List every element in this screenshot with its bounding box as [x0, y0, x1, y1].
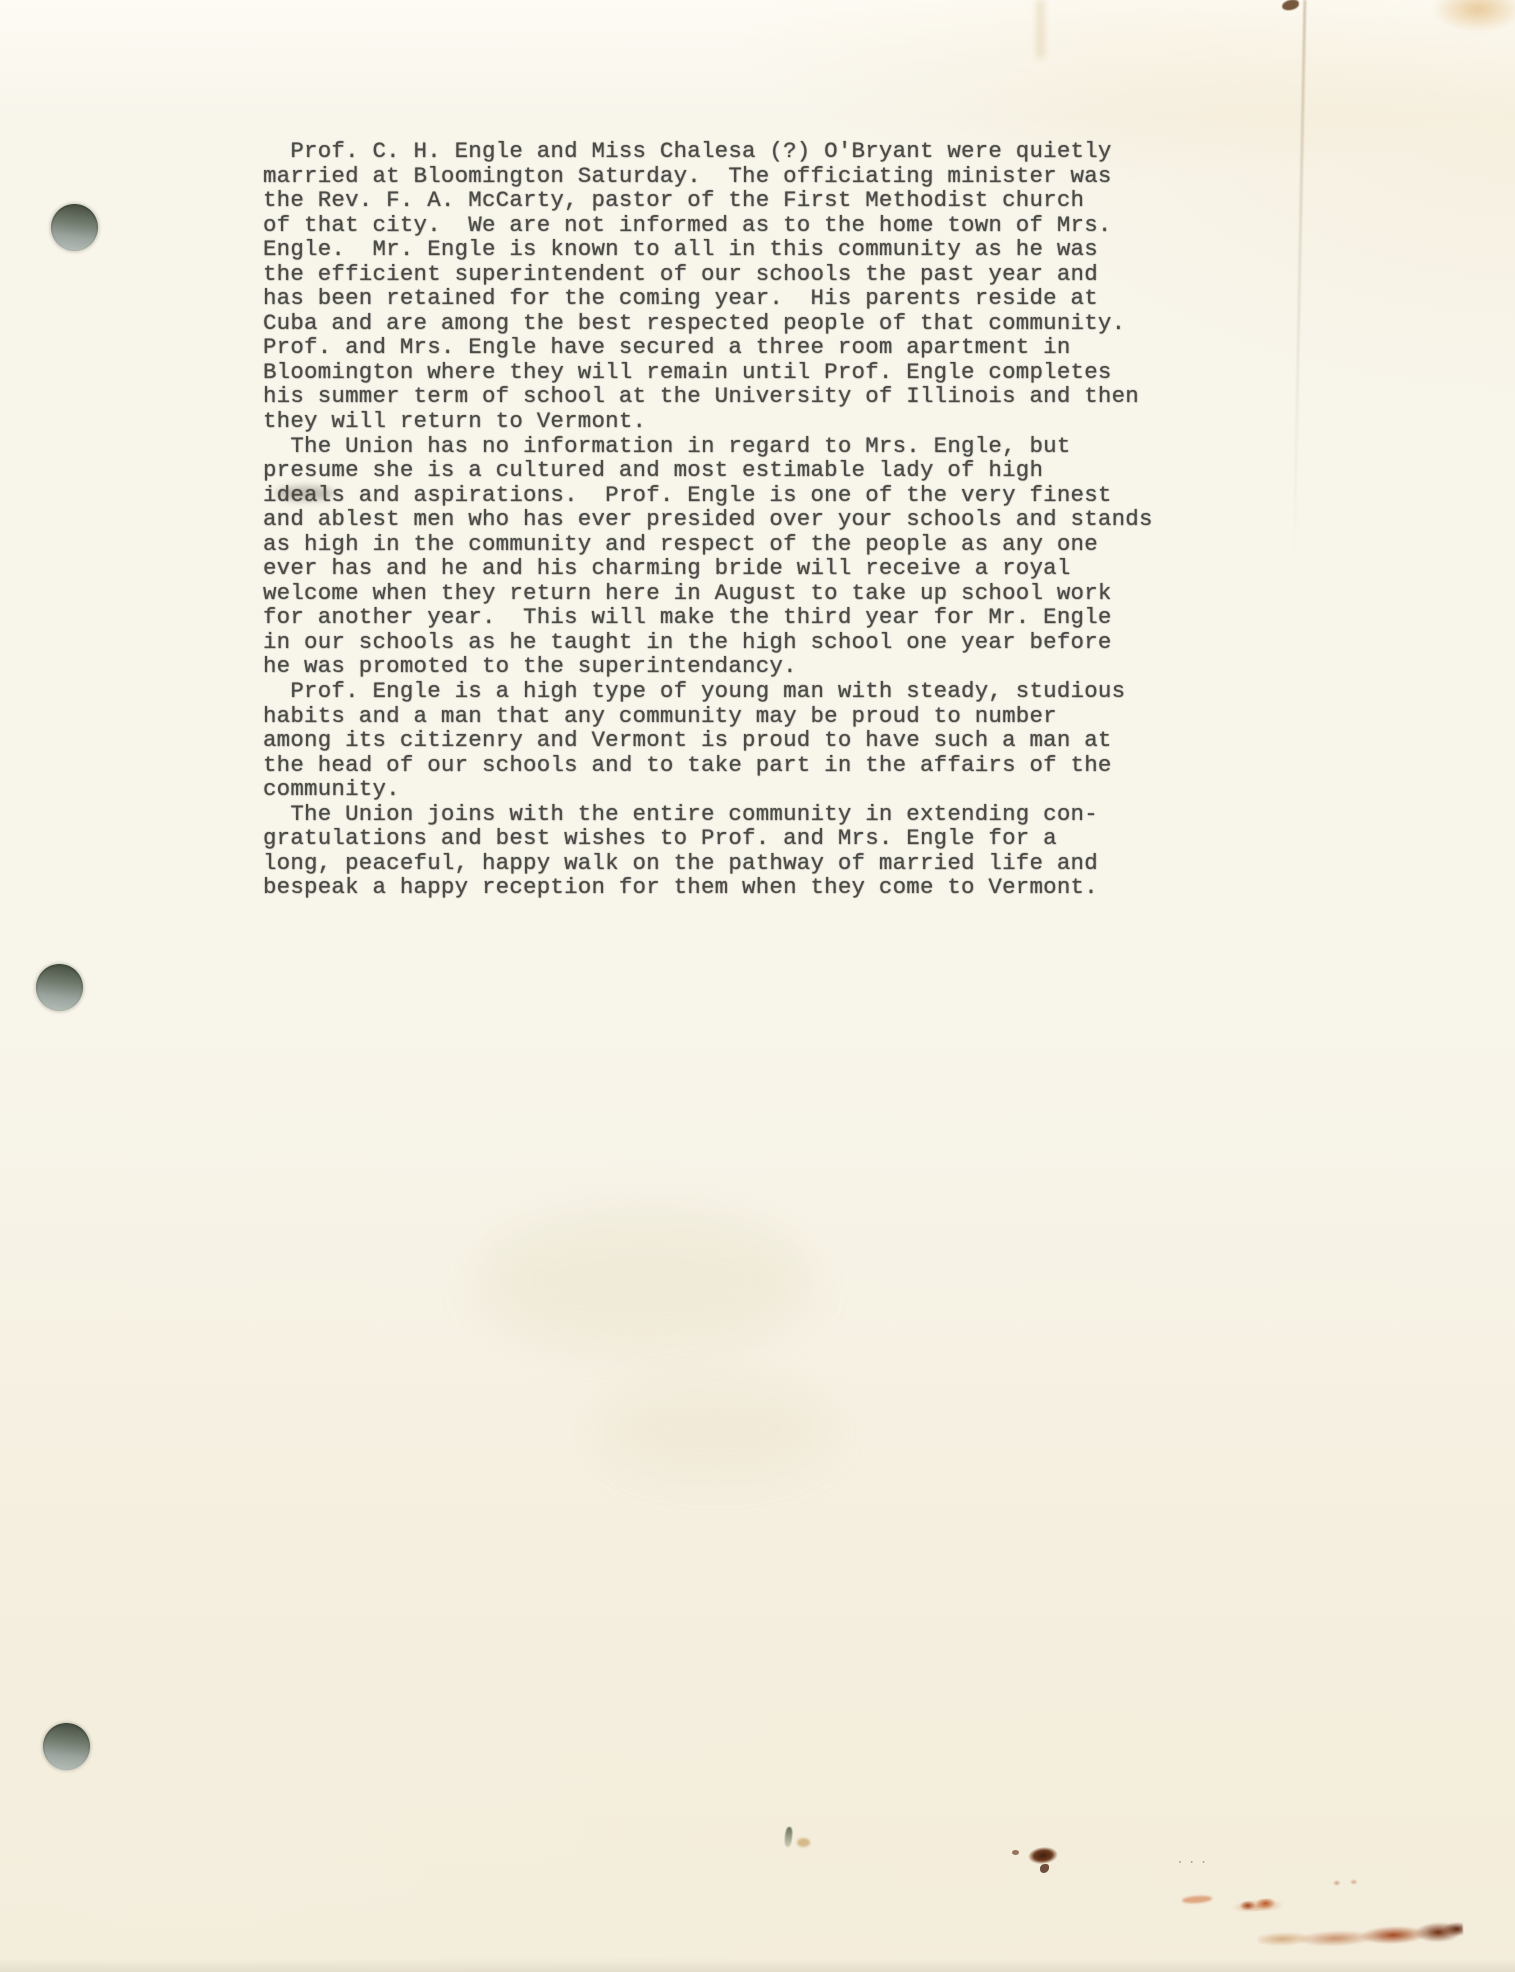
brown-stain-dot — [1012, 1850, 1019, 1855]
typewritten-line: habits and a man that any community may … — [263, 704, 1223, 729]
typewritten-line: gratulations and best wishes to Prof. an… — [263, 826, 1223, 851]
typewritten-line: ideals and aspirations. Prof. Engle is o… — [263, 483, 1223, 508]
typewritten-line: long, peaceful, happy walk on the pathwa… — [263, 851, 1223, 876]
typewritten-line: Cuba and are among the best respected pe… — [263, 311, 1223, 336]
typewritten-line: Prof. and Mrs. Engle have secured a thre… — [263, 335, 1223, 360]
top-right-corner-stain — [1432, 0, 1515, 32]
typewritten-text: Prof. C. H. Engle and Miss Chalesa (?) O… — [263, 139, 1223, 900]
typewritten-line: ever has and he and his charming bride w… — [263, 556, 1223, 581]
scanned-typewritten-page: { "colors": { "paper": "#f8f5eb", "ink":… — [0, 0, 1515, 1972]
tan-ink-mark — [797, 1838, 810, 1847]
punch-hole-top — [51, 204, 98, 251]
typewritten-line: in our schools as he taught in the high … — [263, 630, 1223, 655]
punch-hole-bottom — [43, 1723, 90, 1770]
paper-bottom-edge-shadow — [0, 1958, 1515, 1972]
typewritten-line: married at Bloomington Saturday. The off… — [263, 164, 1223, 189]
typewritten-line: Bloomington where they will remain until… — [263, 360, 1223, 385]
top-crease-streak — [1036, 0, 1045, 58]
typewritten-line: presume she is a cultured and most estim… — [263, 458, 1223, 483]
typewritten-line: among its citizenry and Vermont is proud… — [263, 728, 1223, 753]
typewritten-line: has been retained for the coming year. H… — [263, 286, 1223, 311]
typewritten-line: Engle. Mr. Engle is known to all in this… — [263, 237, 1223, 262]
typewritten-line: of that city. We are not informed as to … — [263, 213, 1223, 238]
typewritten-line: and ablest men who has ever presided ove… — [263, 507, 1223, 532]
typewritten-line: Prof. C. H. Engle and Miss Chalesa (?) O… — [263, 139, 1223, 164]
bleed-through-ghosting — [600, 1380, 830, 1480]
typewritten-line: the head of our schools and to take part… — [263, 753, 1223, 778]
typewritten-line: The Union joins with the entire communit… — [263, 802, 1223, 827]
ink-smudge-ideals — [276, 486, 334, 501]
typewritten-line: his summer term of school at the Univers… — [263, 384, 1223, 409]
typewritten-line: he was promoted to the superintendancy. — [263, 654, 1223, 679]
typewritten-line: as high in the community and respect of … — [263, 532, 1223, 557]
typewritten-line: for another year. This will make the thi… — [263, 605, 1223, 630]
typewritten-line: welcome when they return here in August … — [263, 581, 1223, 606]
typewritten-line: community. — [263, 777, 1223, 802]
typewritten-line: Prof. Engle is a high type of young man … — [263, 679, 1223, 704]
faint-dot-marks: ... — [1176, 1852, 1228, 1864]
typewritten-line: bespeak a happy reception for them when … — [263, 875, 1223, 900]
punch-hole-middle — [36, 964, 83, 1011]
typewritten-line: the Rev. F. A. McCarty, pastor of the Fi… — [263, 188, 1223, 213]
rust-dots — [1330, 1878, 1364, 1888]
bleed-through-ghosting — [480, 1210, 810, 1350]
typewritten-line: they will return to Vermont. — [263, 409, 1223, 434]
typewritten-line: The Union has no information in regard t… — [263, 434, 1223, 459]
typewritten-line: the efficient superintendent of our scho… — [263, 262, 1223, 287]
